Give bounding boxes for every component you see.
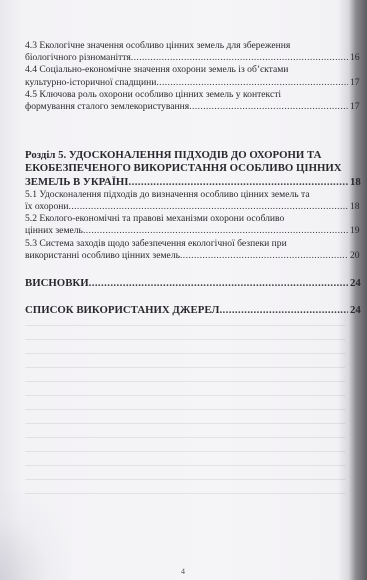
document-page: 4.3 Екологічне значення особливо цінних … bbox=[0, 0, 367, 580]
toc-entry-5-3[interactable]: 5.3 Система заходів щодо забезпечення ек… bbox=[25, 238, 367, 262]
page-shadow bbox=[0, 490, 70, 580]
dot-leader bbox=[83, 225, 348, 237]
toc-entry-title: 4.5 Ключова роль охорони особливо цінних… bbox=[25, 89, 367, 101]
toc-entry-5-2[interactable]: 5.2 Еколого-економічні та правові механі… bbox=[25, 213, 367, 237]
toc-entry-title: 5.2 Еколого-економічні та правові механі… bbox=[25, 213, 367, 225]
dot-leader bbox=[189, 101, 348, 113]
show-through-text bbox=[25, 325, 345, 525]
dot-leader bbox=[131, 52, 348, 64]
table-of-contents: 4.3 Екологічне значення особливо цінних … bbox=[25, 40, 367, 317]
toc-entry-title-cont: формування сталого землекористування bbox=[25, 101, 189, 113]
toc-conclusions[interactable]: ВИСНОВКИ 24 bbox=[25, 277, 367, 290]
toc-entry-title: 5.1 Удосконалення підходів до визначення… bbox=[25, 189, 367, 201]
toc-entry-title-cont: культурно-історичної спадщини bbox=[25, 77, 156, 89]
toc-page-number: 17 bbox=[348, 101, 367, 113]
dot-leader bbox=[129, 176, 349, 189]
chapter-title: Розділ 5. УДОСКОНАЛЕННЯ ПІДХОДІВ ДО ОХОР… bbox=[25, 149, 367, 162]
dot-leader bbox=[156, 77, 348, 89]
toc-page-number: 16 bbox=[348, 52, 367, 64]
toc-entry-title-cont: використанні особливо цінних земель bbox=[25, 250, 180, 262]
conclusions-title: ВИСНОВКИ bbox=[25, 277, 89, 290]
toc-page-number: 20 bbox=[348, 250, 367, 262]
toc-page-number: 17 bbox=[348, 77, 367, 89]
toc-page-number: 24 bbox=[348, 304, 367, 317]
toc-entry-title-cont: цінних земель bbox=[25, 225, 83, 237]
dot-leader bbox=[69, 201, 348, 213]
toc-entry-4-3[interactable]: 4.3 Екологічне значення особливо цінних … bbox=[25, 40, 367, 64]
toc-entry-title: 5.3 Система заходів щодо забезпечення ек… bbox=[25, 238, 367, 250]
toc-references[interactable]: СПИСОК ВИКОРИСТАНИХ ДЖЕРЕЛ 24 bbox=[25, 304, 367, 317]
toc-chapter-5[interactable]: Розділ 5. УДОСКОНАЛЕННЯ ПІДХОДІВ ДО ОХОР… bbox=[25, 149, 367, 189]
toc-entry-title: 4.3 Екологічне значення особливо цінних … bbox=[25, 40, 367, 52]
toc-page-number: 18 bbox=[348, 201, 367, 213]
toc-page-number: 18 bbox=[348, 176, 367, 189]
toc-entry-4-4[interactable]: 4.4 Соціально-економічне значення охорон… bbox=[25, 64, 367, 88]
toc-page-number: 19 bbox=[348, 225, 367, 237]
dot-leader bbox=[219, 304, 348, 317]
toc-entry-4-5[interactable]: 4.5 Ключова роль охорони особливо цінних… bbox=[25, 89, 367, 113]
dot-leader bbox=[180, 250, 348, 262]
page-number: 4 bbox=[181, 567, 185, 576]
chapter-title-cont: ЗЕМЕЛЬ В УКРАЇНІ bbox=[25, 176, 129, 189]
references-title: СПИСОК ВИКОРИСТАНИХ ДЖЕРЕЛ bbox=[25, 304, 219, 317]
toc-entry-title-cont: їх охорони bbox=[25, 201, 69, 213]
toc-entry-5-1[interactable]: 5.1 Удосконалення підходів до визначення… bbox=[25, 189, 367, 213]
toc-entry-title: 4.4 Соціально-економічне значення охорон… bbox=[25, 64, 367, 76]
chapter-title-cont: ЕКОБЕЗПЕЧЕНОГО ВИКОРИСТАННЯ ОСОБЛИВО ЦІН… bbox=[25, 162, 367, 175]
dot-leader bbox=[89, 277, 348, 290]
toc-entry-title-cont: біологічного різноманіття bbox=[25, 52, 131, 64]
toc-page-number: 24 bbox=[348, 277, 367, 290]
